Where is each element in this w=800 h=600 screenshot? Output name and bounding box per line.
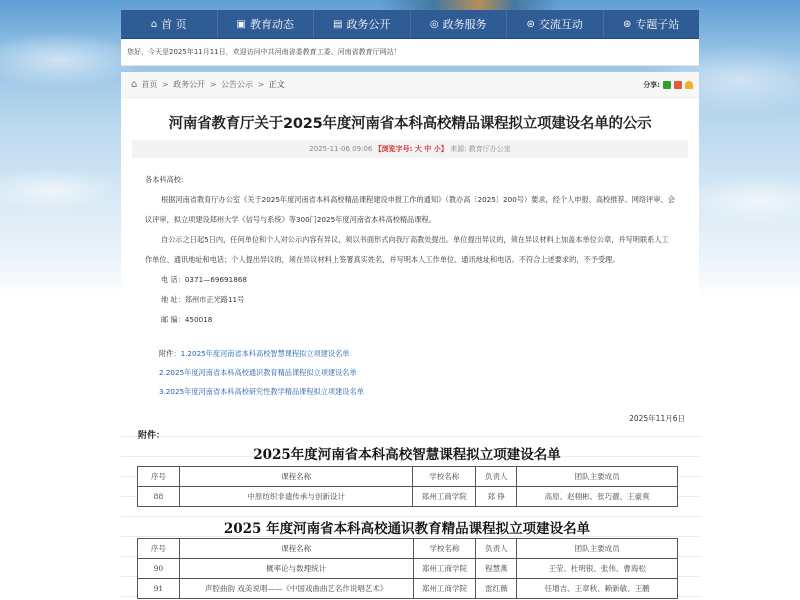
col-header-team: 团队主要成员 [517, 467, 678, 487]
attachment-link-3[interactable]: 3.2025年度河南省本科高校研究性教学精品课程拟立项建设名单 [159, 387, 364, 396]
nav-item-label: 首 页 [161, 16, 187, 32]
cell-course: 概率论与数理统计 [179, 559, 413, 579]
article-panel: ⌂ 首页 > 政务公开 > 公告公示 > 正文 分享: 河南省教育厅关于2025… [121, 72, 699, 428]
col-header-course: 课程名称 [179, 467, 412, 487]
cell-school: 郑州工商学院 [413, 487, 476, 507]
cell-index: 88 [138, 487, 180, 507]
breadcrumb-home[interactable]: 首页 [141, 80, 157, 89]
nav-item-home[interactable]: ⌂ 首 页 [121, 10, 218, 38]
attachment-link-1[interactable]: 1.2025年度河南省本科高校智慧课程拟立项建设名单 [181, 349, 350, 358]
font-size-small-button[interactable]: 小 [434, 145, 441, 153]
nav-item-education-news[interactable]: ▣ 教育动态 [218, 10, 315, 38]
table-header-row: 序号 课程名称 学校名称 负责人 团队主要成员 [138, 467, 678, 487]
col-header-course: 课程名称 [179, 539, 413, 559]
nav-item-label: 专题子站 [635, 16, 679, 32]
table-row: 91 声腔曲韵 戏美说唱——《中国戏曲曲艺名作说唱艺术》 郑州工商学院 雷红薇 … [138, 579, 678, 599]
share-bar: 分享: [643, 80, 693, 90]
breadcrumb: 首页 > 政务公开 > 公告公示 > 正文 [141, 79, 284, 90]
table-1-title: 2025年度河南省本科高校智慧课程拟立项建设名单 [137, 443, 677, 463]
breadcrumb-separator: > [210, 80, 217, 89]
col-header-index: 序号 [138, 467, 180, 487]
nav-item-label: 教育动态 [250, 16, 294, 32]
nav-item-label: 政务公开 [346, 16, 390, 32]
col-header-lead: 负责人 [476, 539, 517, 559]
service-icon: ◎ [430, 19, 439, 30]
nav-item-topic-sites[interactable]: ⊛ 专题子站 [604, 10, 700, 38]
col-header-school: 学校名称 [413, 539, 476, 559]
nav-item-interaction[interactable]: ⊜ 交流互动 [507, 10, 604, 38]
font-size-close: 】 [441, 145, 448, 153]
font-size-medium-button[interactable]: 中 [424, 145, 431, 153]
breadcrumb-announcements[interactable]: 公告公示 [221, 80, 253, 89]
cell-course: 中原纺织非遗传承与创新设计 [179, 487, 412, 507]
font-size-control: 【浏览字号: 大 中 小】 [375, 145, 451, 153]
article-meta: 2025-11-06 09:06 【浏览字号: 大 中 小】 来源: 教育厅办公… [132, 140, 688, 158]
welcome-message: 您好，今天是2025年11月11日，欢迎访问中共河南省委教育工委、河南省教育厅网… [121, 39, 699, 66]
page-container: ⌂ 首 页 ▣ 教育动态 ▤ 政务公开 ◎ 政务服务 ⊜ 交流互动 ⊛ 专题子站… [121, 10, 699, 428]
nav-item-government-affairs[interactable]: ▤ 政务公开 [314, 10, 411, 38]
attachments-label: 附件： [159, 349, 181, 358]
publish-datetime: 2025-11-06 09:06 [309, 145, 372, 153]
cell-team: 王莹、杜明银、张伟、曹海松 [517, 559, 678, 579]
cell-team: 任增吉、王章秋、赖新敏、王鹏 [517, 579, 678, 599]
cell-lead: 郑 铮 [476, 487, 517, 507]
share-label: 分享: [643, 80, 660, 90]
col-header-team: 团队主要成员 [517, 539, 678, 559]
article-source: 来源: 教育厅办公室 [450, 145, 511, 153]
col-header-lead: 负责人 [476, 467, 517, 487]
home-icon: ⌂ [151, 19, 157, 30]
breadcrumb-separator: > [162, 80, 169, 89]
home-icon: ⌂ [131, 79, 137, 90]
font-size-label: 【浏览字号: [375, 145, 413, 153]
article-title: 河南省教育厅关于2025年度河南省本科高校精品课程拟立项建设名单的公示 [121, 98, 699, 140]
table-row: 90 概率论与数理统计 郑州工商学院 程慧燕 王莹、杜明银、张伟、曹海松 [138, 559, 678, 579]
news-icon: ▣ [237, 19, 246, 30]
cell-team: 高原、赵栩彬、张巧靓、王豪爽 [517, 487, 678, 507]
nav-item-government-services[interactable]: ◎ 政务服务 [411, 10, 508, 38]
topic-icon: ⊛ [623, 19, 631, 30]
sheet-label: 附件： [138, 428, 165, 441]
qq-share-icon[interactable] [685, 81, 693, 89]
cell-course: 声腔曲韵 戏美说唱——《中国戏曲曲艺名作说唱艺术》 [179, 579, 413, 599]
breadcrumb-bar: ⌂ 首页 > 政务公开 > 公告公示 > 正文 分享: [121, 72, 699, 98]
wechat-share-icon[interactable] [663, 81, 671, 89]
contact-phone: 电 话：0371—69691868 [145, 270, 675, 290]
table-row: 88 中原纺织非遗传承与创新设计 郑州工商学院 郑 铮 高原、赵栩彬、张巧靓、王… [138, 487, 678, 507]
cell-index: 90 [138, 559, 180, 579]
main-nav: ⌂ 首 页 ▣ 教育动态 ▤ 政务公开 ◎ 政务服务 ⊜ 交流互动 ⊛ 专题子站 [121, 10, 699, 39]
table-2: 序号 课程名称 学校名称 负责人 团队主要成员 90 概率论与数理统计 郑州工商… [137, 538, 678, 599]
header-banner-edge [380, 0, 560, 10]
attachment-link-2[interactable]: 2.2025年度河南省本科高校通识教育精品课程拟立项建设名单 [159, 368, 357, 377]
cell-school: 郑州工商学院 [413, 559, 476, 579]
contact-address: 地 址：郑州市正光路11号 [145, 290, 675, 310]
weibo-share-icon[interactable] [674, 81, 682, 89]
table-header-row: 序号 课程名称 学校名称 负责人 团队主要成员 [138, 539, 678, 559]
nav-item-label: 政务服务 [443, 16, 487, 32]
paragraph-1: 根据河南省教育厅办公室《关于2025年度河南省本科高校精品课程建设申报工作的通知… [145, 190, 675, 230]
table-2-title: 2025 年度河南省本科高校通识教育精品课程拟立项建设名单 [137, 517, 677, 537]
font-size-large-button[interactable]: 大 [415, 145, 422, 153]
nav-item-label: 交流互动 [539, 16, 583, 32]
col-header-school: 学校名称 [413, 467, 476, 487]
paragraph-2: 自公示之日起5日内，任何单位和个人对公示内容有异议，须以书面形式向我厅高教处提出… [145, 230, 675, 270]
cell-lead: 程慧燕 [476, 559, 517, 579]
interaction-icon: ⊜ [527, 19, 535, 30]
cell-lead: 雷红薇 [476, 579, 517, 599]
breadcrumb-current: 正文 [269, 80, 285, 89]
cell-index: 91 [138, 579, 180, 599]
col-header-index: 序号 [138, 539, 180, 559]
contact-postcode: 邮 编：450018 [145, 310, 675, 330]
attachments: 附件：1.2025年度河南省本科高校智慧课程拟立项建设名单 2.2025年度河南… [145, 344, 675, 401]
document-icon: ▤ [333, 19, 342, 30]
cell-school: 郑州工商学院 [413, 579, 476, 599]
breadcrumb-government-affairs[interactable]: 政务公开 [173, 80, 205, 89]
salutation: 各本科高校: [145, 170, 675, 190]
table-1: 序号 课程名称 学校名称 负责人 团队主要成员 88 中原纺织非遗传承与创新设计… [137, 466, 678, 507]
breadcrumb-separator: > [258, 80, 265, 89]
attachment-sheet-image: 附件： 2025年度河南省本科高校智慧课程拟立项建设名单 序号 课程名称 学校名… [121, 424, 701, 600]
article-body: 各本科高校: 根据河南省教育厅办公室《关于2025年度河南省本科高校精品课程建设… [121, 158, 699, 407]
